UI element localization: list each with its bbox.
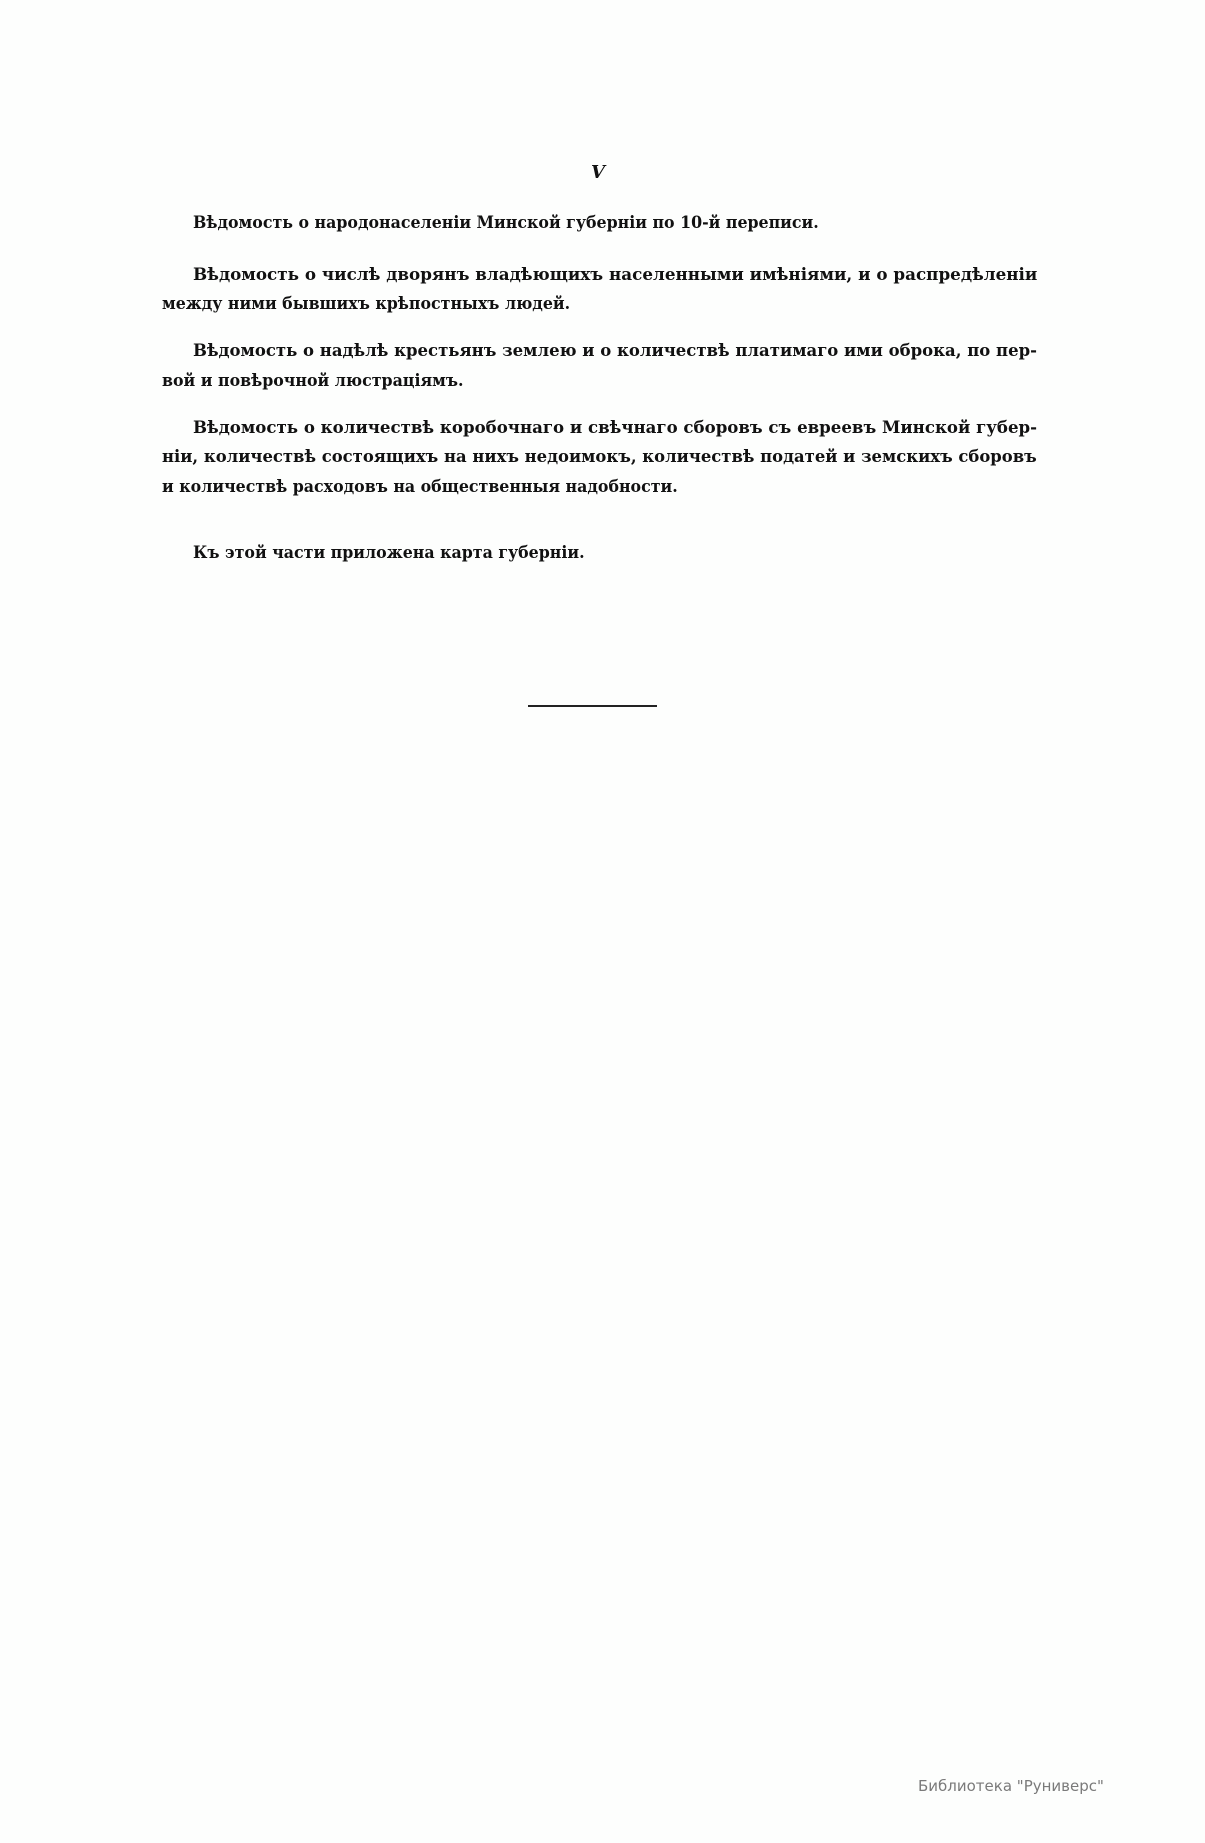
text-line: Къ этой части приложена карта губерніи. bbox=[193, 543, 585, 563]
text-line: между ними бывшихъ крѣпостныхъ людей. bbox=[162, 294, 570, 314]
text-line: вой и повѣрочной люстраціямъ. bbox=[162, 371, 464, 391]
page-number: V bbox=[591, 163, 605, 183]
section-divider bbox=[528, 705, 657, 707]
text-line: Вѣдомость о числѣ дворянъ владѣющихъ нас… bbox=[193, 265, 1037, 285]
document-page: V Вѣдомость о народонаселеніи Минской гу… bbox=[0, 0, 1205, 1843]
text-line: ніи, количествѣ состоящихъ на нихъ недои… bbox=[162, 447, 1037, 467]
text-line: и количествѣ расходовъ на общественныя н… bbox=[162, 477, 678, 497]
text-line: Вѣдомость о народонаселеніи Минской губе… bbox=[193, 213, 793, 233]
text-line: Вѣдомость о количествѣ коробочнаго и свѣ… bbox=[193, 418, 1037, 438]
library-watermark: Библиотека "Руниверс" bbox=[918, 1776, 1104, 1796]
text-line: Вѣдомость о надѣлѣ крестьянъ землею и о … bbox=[193, 341, 1037, 361]
